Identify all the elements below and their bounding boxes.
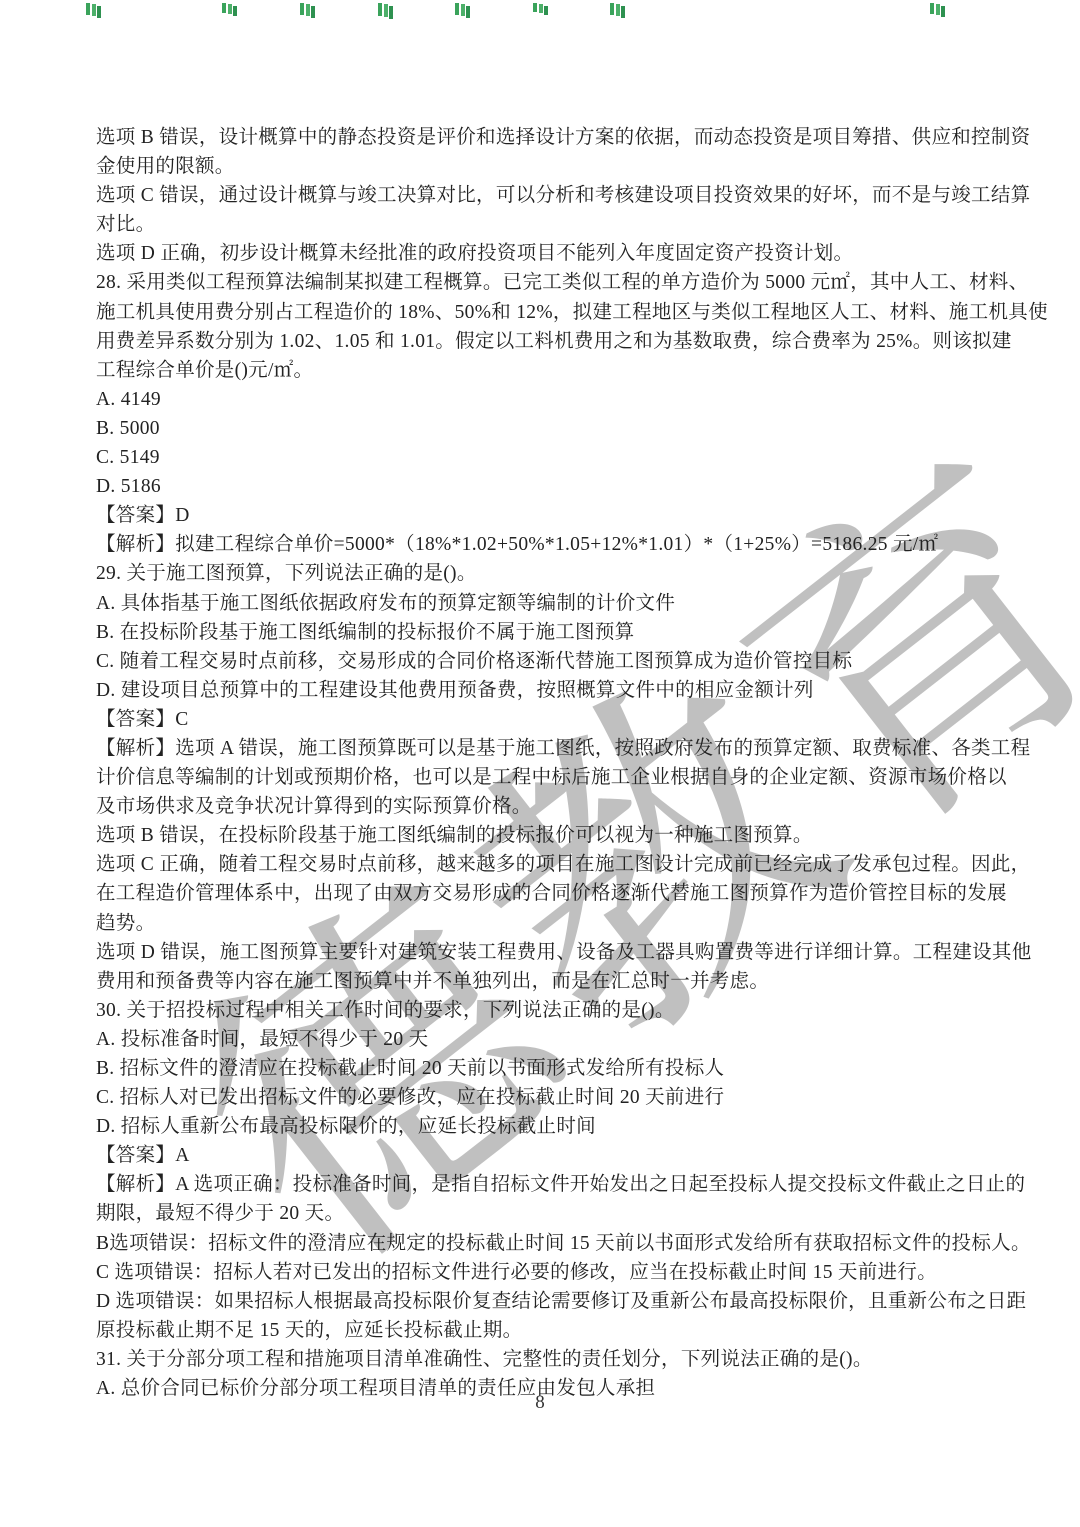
- option-d: D. 5186: [96, 472, 996, 501]
- question-30-line: 30. 关于招投标过程中相关工作时间的要求，下列说法正确的是()。: [96, 996, 996, 1025]
- green-glyph-fragment-icon: [300, 3, 304, 15]
- analysis-line: 选项 D 错误，施工图预算主要针对建筑安装工程费用、设备及工器具购置费等进行详细…: [96, 938, 996, 967]
- option-a: A. 具体指基于施工图纸依据政府发布的预算定额等编制的计价文件: [96, 589, 996, 618]
- analysis-line: 及市场供求及竞争状况计算得到的实际预算价格。: [96, 792, 996, 821]
- page-number: 8: [0, 1392, 1080, 1414]
- green-glyph-fragment-icon: [533, 3, 537, 12]
- option-b: B. 在投标阶段基于施工图纸编制的投标报价不属于施工图预算: [96, 618, 996, 647]
- green-glyph-fragment-icon: [378, 3, 382, 16]
- text-line: 选项 C 错误，通过设计概算与竣工决算对比，可以分析和考核建设项目投资效果的好坏…: [96, 181, 996, 210]
- question-29-line: 29. 关于施工图预算，下列说法正确的是()。: [96, 559, 996, 588]
- analysis-line: 【解析】选项 A 错误，施工图预算既可以是基于施工图纸，按照政府发布的预算定额、…: [96, 734, 996, 763]
- analysis-line: 【解析】拟建工程综合单价=5000*（18%*1.02+50%*1.05+12%…: [96, 530, 996, 559]
- analysis-line: 期限，最短不得少于 20 天。: [96, 1199, 996, 1228]
- exam-document-page: 德教育 选项 B 错误，设计概算中的静态投资是评价和选择设计方案的依据，而动态投…: [0, 0, 1080, 1527]
- option-c: C. 5149: [96, 443, 996, 472]
- green-glyph-fragment-icon: [455, 3, 459, 15]
- text-line: 选项 B 错误，设计概算中的静态投资是评价和选择设计方案的依据，而动态投资是项目…: [96, 123, 996, 152]
- analysis-line: C 选项错误：招标人若对已发出的招标文件进行必要的修改，应当在投标截止时间 15…: [96, 1258, 996, 1287]
- question-31-line: 31. 关于分部分项工程和措施项目清单准确性、完整性的责任划分，下列说法正确的是…: [96, 1345, 996, 1374]
- option-a: A. 投标准备时间，最短不得少于 20 天: [96, 1025, 996, 1054]
- analysis-line: 在工程造价管理体系中，出现了由双方交易形成的合同价格逐渐代替施工图预算作为造价管…: [96, 879, 996, 908]
- analysis-line: 选项 C 正确，随着工程交易时点前移，越来越多的项目在施工图设计完成前已经完成了…: [96, 850, 996, 879]
- analysis-line: D 选项错误：如果招标人根据最高投标限价复查结论需要修订及重新公布最高投标限价，…: [96, 1287, 996, 1316]
- text-line: 对比。: [96, 210, 996, 239]
- document-body: 选项 B 错误，设计概算中的静态投资是评价和选择设计方案的依据，而动态投资是项目…: [96, 123, 996, 1403]
- green-glyph-fragment-icon: [610, 3, 614, 15]
- text-line: 金使用的限额。: [96, 152, 996, 181]
- option-b: B. 5000: [96, 414, 996, 443]
- question-28-line: 28. 采用类似工程预算法编制某拟建工程概算。已完工类似工程的单方造价为 500…: [96, 268, 996, 297]
- option-d: D. 招标人重新公布最高投标限价的，应延长投标截止时间: [96, 1112, 996, 1141]
- analysis-line: 【解析】A 选项正确：投标准备时间，是指自招标文件开始发出之日起至投标人提交投标…: [96, 1170, 996, 1199]
- answer-line: 【答案】A: [96, 1141, 996, 1170]
- analysis-line: 费用和预备费等内容在施工图预算中并不单独列出，而是在汇总时一并考虑。: [96, 967, 996, 996]
- analysis-line: 选项 B 错误，在投标阶段基于施工图纸编制的投标报价可以视为一种施工图预算。: [96, 821, 996, 850]
- question-28-line: 用费差异系数分别为 1.02、1.05 和 1.01。假定以工料机费用之和为基数…: [96, 327, 996, 356]
- analysis-line: 趋势。: [96, 909, 996, 938]
- green-glyph-fragment-icon: [222, 3, 226, 13]
- text-line: 选项 D 正确，初步设计概算未经批准的政府投资项目不能列入年度固定资产投资计划。: [96, 239, 996, 268]
- answer-line: 【答案】C: [96, 705, 996, 734]
- option-a: A. 4149: [96, 385, 996, 414]
- option-c: C. 随着工程交易时点前移，交易形成的合同价格逐渐代替施工图预算成为造价管控目标: [96, 647, 996, 676]
- green-glyph-fragment-icon: [86, 3, 90, 15]
- option-b: B. 招标文件的澄清应在投标截止时间 20 天前以书面形式发给所有投标人: [96, 1054, 996, 1083]
- green-glyph-fragment-icon: [930, 3, 934, 14]
- analysis-line: 原投标截止期不足 15 天的，应延长投标截止期。: [96, 1316, 996, 1345]
- option-c: C. 招标人对已发出招标文件的必要修改，应在投标截止时间 20 天前进行: [96, 1083, 996, 1112]
- analysis-line: B选项错误：招标文件的澄清应在规定的投标截止时间 15 天前以书面形式发给所有获…: [96, 1229, 996, 1258]
- answer-line: 【答案】D: [96, 501, 996, 530]
- option-d: D. 建设项目总预算中的工程建设其他费用预备费，按照概算文件中的相应金额计列: [96, 676, 996, 705]
- question-28-line: 施工机具使用费分别占工程造价的 18%、50%和 12%，拟建工程地区与类似工程…: [96, 298, 996, 327]
- question-28-line: 工程综合单价是()元/㎡。: [96, 356, 996, 385]
- analysis-line: 计价信息等编制的计划或预期价格，也可以是工程中标后施工企业根据自身的企业定额、资…: [96, 763, 996, 792]
